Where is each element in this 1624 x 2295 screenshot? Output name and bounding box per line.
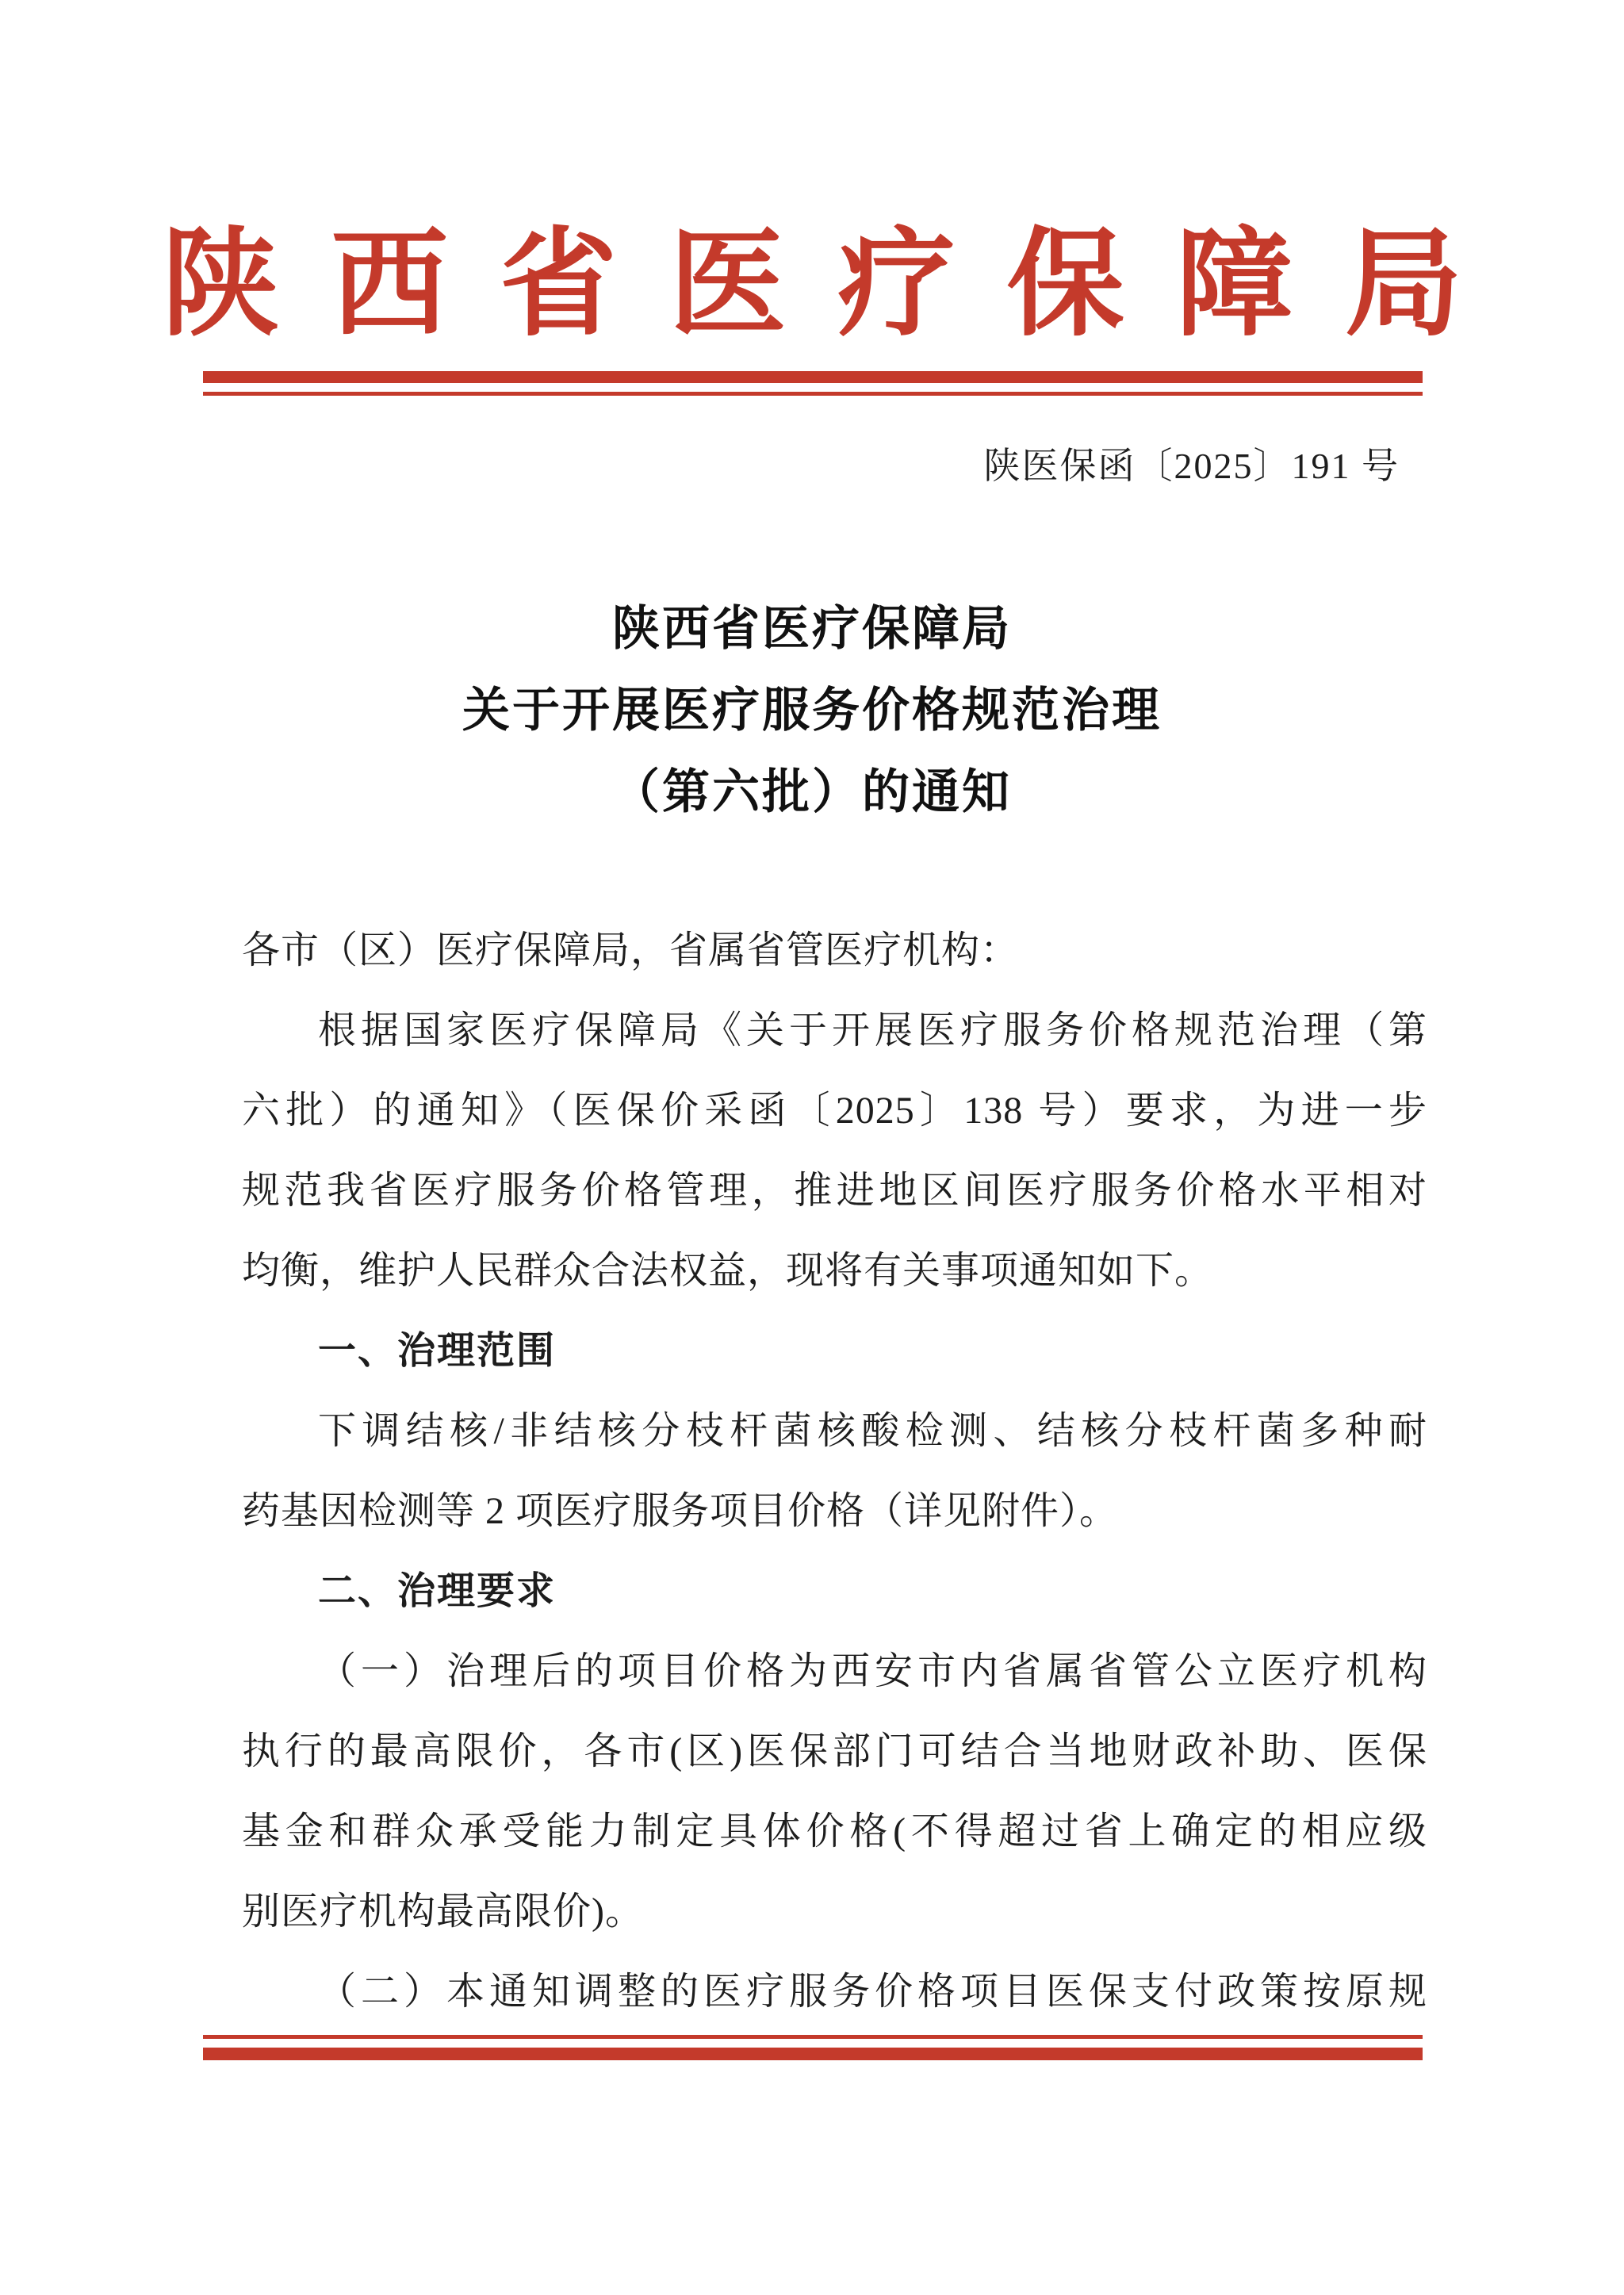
section-heading-2: 二、治理要求: [242, 1551, 1427, 1631]
body-line: 根据国家医疗保障局《关于开展医疗服务价格规范治理（第: [242, 990, 1427, 1071]
body-line: 别医疗机构最高限价)。: [242, 1872, 1427, 1952]
body-line: （二）本通知调整的医疗服务价格项目医保支付政策按原规: [242, 1952, 1427, 2032]
document-number: 陕医保函〔2025〕191 号: [984, 444, 1400, 489]
agency-name: 陕西省医疗保障局: [0, 214, 1624, 357]
notice-title-line3: （第六批）的通知: [0, 752, 1624, 833]
body-line: （一）治理后的项目价格为西安市内省属省管公立医疗机构: [242, 1631, 1427, 1711]
body-line: 均衡，维护人民群众合法权益，现将有关事项通知如下。: [242, 1231, 1427, 1311]
header-divider-thick: [203, 371, 1423, 383]
body-line: 药基因检测等 2 项医疗服务项目价格（详见附件）。: [242, 1471, 1427, 1551]
notice-body: 各市（区）医疗保障局，省属省管医疗机构： 根据国家医疗保障局《关于开展医疗服务价…: [242, 910, 1427, 2032]
footer-divider-thick: [203, 2048, 1423, 2060]
body-line: 规范我省医疗服务价格管理，推进地区间医疗服务价格水平相对: [242, 1151, 1427, 1231]
body-line: 六批）的通知》（医保价采函〔2025〕138 号）要求，为进一步: [242, 1071, 1427, 1151]
notice-title-line2: 关于开展医疗服务价格规范治理: [0, 670, 1624, 752]
section-heading-1: 一、治理范围: [242, 1311, 1427, 1391]
document-page: 陕西省医疗保障局 陕医保函〔2025〕191 号 陕西省医疗保障局 关于开展医疗…: [0, 0, 1624, 2295]
body-line: 执行的最高限价，各市(区)医保部门可结合当地财政补助、医保: [242, 1711, 1427, 1791]
notice-title: 陕西省医疗保障局 关于开展医疗服务价格规范治理 （第六批）的通知: [0, 588, 1624, 833]
body-line: 基金和群众承受能力制定具体价格(不得超过省上确定的相应级: [242, 1791, 1427, 1872]
footer-divider-thin: [203, 2035, 1423, 2039]
body-line-salutation: 各市（区）医疗保障局，省属省管医疗机构：: [242, 910, 1427, 990]
header-divider-thin: [203, 392, 1423, 396]
body-line: 下调结核/非结核分枝杆菌核酸检测、结核分枝杆菌多种耐: [242, 1391, 1427, 1471]
notice-title-line1: 陕西省医疗保障局: [0, 588, 1624, 670]
